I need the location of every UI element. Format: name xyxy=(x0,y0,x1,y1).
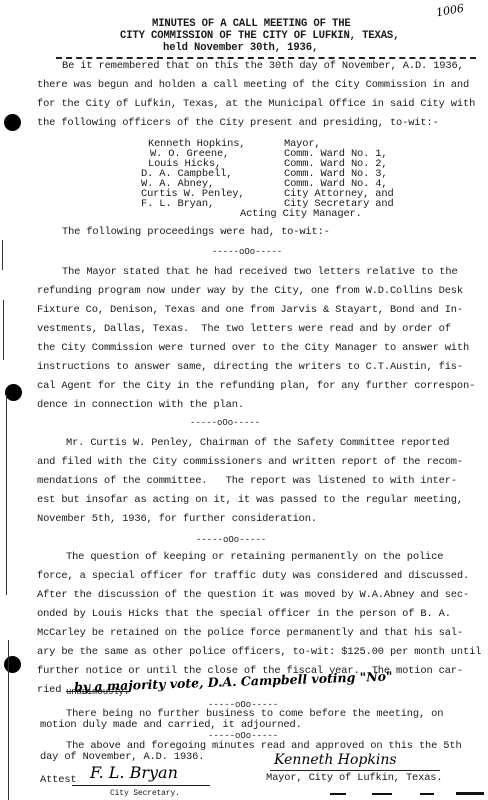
officer-name: F. L. Bryan, xyxy=(141,198,214,210)
officer-title-continued: Acting City Manager. xyxy=(240,208,362,220)
paragraph-3-line: After the discussion of the question it … xyxy=(37,589,469,601)
mayor-signature-line xyxy=(270,770,440,771)
paragraph-2-line: Mr. Curtis W. Penley, Chairman of the Sa… xyxy=(66,437,449,449)
paragraph-2-line: mendations of the committee. The report … xyxy=(37,475,457,487)
paragraph-2-line: est but insofar as acting on it, it was … xyxy=(37,494,463,506)
secretary-signature: F. L. Bryan xyxy=(90,763,178,782)
paragraph-1-line: dence in connection with the plan. xyxy=(37,399,244,411)
paragraph-1-line: cal Agent for the City in the refunding … xyxy=(37,380,475,392)
paragraph-2-line: and filed with the City commissioners an… xyxy=(37,456,463,468)
proceedings-intro: The following proceedings were had, to-w… xyxy=(62,226,330,238)
margin-artifact xyxy=(3,300,4,360)
paragraph-4-line: motion duly made and carried, it adjourn… xyxy=(40,719,302,731)
paragraph-3-line: McCarley be retained on the police force… xyxy=(37,627,463,639)
hole-punch-middle xyxy=(5,384,22,401)
section-separator: -----oOo----- xyxy=(212,247,282,257)
secretary-signature-line xyxy=(72,785,210,786)
paragraph-1-line: vestments, Dallas, Texas. The two letter… xyxy=(37,323,451,335)
scanned-document-page: 1006 MINUTES OF A CALL MEETING OF THE CI… xyxy=(0,0,488,800)
intro-line: for the City of Lufkin, Texas, at the Mu… xyxy=(37,98,475,110)
scan-artifact xyxy=(420,793,434,795)
title-line-2: CITY COMMISSION OF THE CITY OF LUFKIN, T… xyxy=(120,30,399,42)
paragraph-3-line: onded by Louis Hicks that the special of… xyxy=(37,608,451,620)
mayor-signature: Kenneth Hopkins xyxy=(274,752,397,768)
paragraph-1-line: the City Commission were turned over to … xyxy=(37,342,469,354)
paragraph-2-line: November 5th, 1936, for further consider… xyxy=(37,513,317,525)
intro-line: Be it remembered that on this the 30th d… xyxy=(62,60,464,72)
section-separator: -----oOo----- xyxy=(190,418,260,428)
intro-line: the following officers of the City prese… xyxy=(37,117,439,129)
margin-artifact xyxy=(6,395,7,595)
paragraph-1-line: The Mayor stated that he had received tw… xyxy=(62,266,458,278)
paragraph-1-line: refunding program now under way by the C… xyxy=(37,285,463,297)
paragraph-3-line: force, a special officer for traffic dut… xyxy=(37,570,469,582)
approval-line: day of November, A.D. 1936. xyxy=(40,751,204,763)
margin-artifact xyxy=(2,240,3,270)
scan-artifact xyxy=(372,793,392,795)
hole-punch-bottom xyxy=(4,656,21,673)
title-line-1: MINUTES OF A CALL MEETING OF THE xyxy=(152,18,351,30)
page-number-annotation: 1006 xyxy=(435,2,465,20)
paragraph-3-line: ary be the same as other police officers… xyxy=(37,646,481,658)
paragraph-1-line: Fixture Co, Denison, Texas and one from … xyxy=(37,304,463,316)
paragraph-1-line: instructions to answer same, directing t… xyxy=(37,361,463,373)
title-divider xyxy=(56,57,476,59)
hole-punch-top xyxy=(4,114,21,131)
intro-line: there was begun and holden a call meetin… xyxy=(37,79,469,91)
section-separator: -----oOo----- xyxy=(196,535,266,545)
scan-artifact xyxy=(456,792,484,795)
secretary-caption: City Secretary. xyxy=(110,788,180,800)
mayor-caption: Mayor, City of Lufkin, Texas. xyxy=(266,772,442,784)
scan-artifact xyxy=(330,793,346,795)
paragraph-3-tail: ried xyxy=(37,684,61,696)
paragraph-3-line: The question of keeping or retaining per… xyxy=(66,551,443,563)
margin-artifact xyxy=(8,640,9,800)
title-line-3: held November 30th, 1936, xyxy=(163,42,318,54)
